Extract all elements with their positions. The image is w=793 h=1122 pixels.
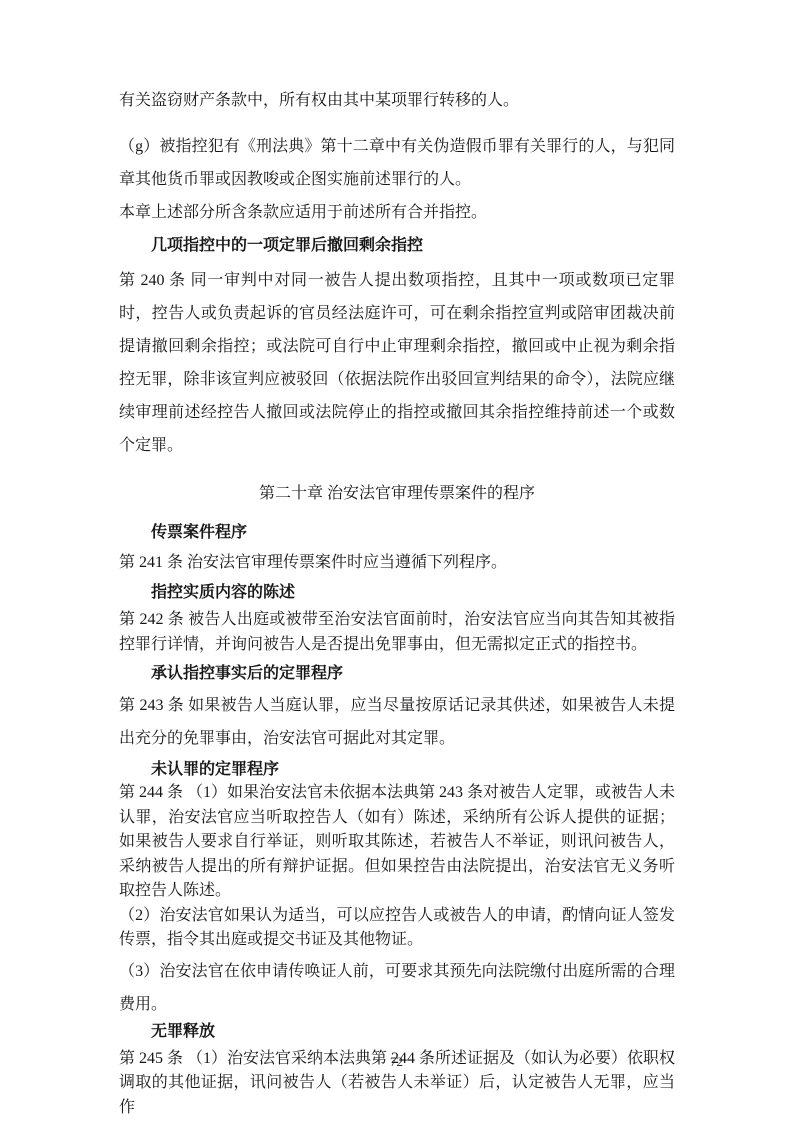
paragraph-section-244-2: （2）治安法官如果认为适当，可以应控告人或被告人的申请，酌情向证人签发传票，指令… [119, 904, 675, 953]
heading-acquittal: 无罪释放 [119, 1017, 675, 1047]
paragraph-item-g: （g）被指控犯有《刑法典》第十二章中有关伪造假币罪有关罪行的人，与犯同章其他货币… [119, 130, 675, 196]
paragraph-section-242: 第 242 条 被告人出庭或被带至治安法官面前时，治安法官应当向其告知其被指控罪… [119, 608, 675, 657]
document-content: 有关盗窃财产条款中，所有权由其中某项罪行转移的人。 （g）被指控犯有《刑法典》第… [119, 84, 675, 1120]
paragraph-theft-property: 有关盗窃财产条款中，所有权由其中某项罪行转移的人。 [119, 84, 675, 117]
heading-withdraw-remaining-charges: 几项指控中的一项定罪后撤回剩余指控 [119, 229, 675, 262]
paragraph-chapter-provisions: 本章上述部分所含条款应适用于前述所有合并指控。 [119, 196, 675, 229]
paragraph-section-244-3: （3）治安法官在依申请传唤证人前，可要求其预先向法院缴付出庭所需的合理费用。 [119, 955, 675, 1021]
chapter-title: 第二十章 治安法官审理传票案件的程序 [119, 477, 675, 511]
heading-substance-of-accusation: 指控实质内容的陈述 [119, 578, 675, 608]
heading-summons-case-procedure: 传票案件程序 [119, 518, 675, 548]
heading-conviction-on-admission: 承认指控事实后的定罪程序 [119, 659, 675, 689]
page-number: 72 [0, 1054, 793, 1070]
paragraph-section-243: 第 243 条 如果被告人当庭认罪，应当尽量按原话记录其供述，如果被告人未提出充… [119, 689, 675, 755]
paragraph-section-244-1: 第 244 条 （1）如果治安法官未依据本法典第 243 条对被告人定罪，或被告… [119, 781, 675, 904]
paragraph-section-240: 第 240 条 同一审判中对同一被告人提出数项指控，且其中一项或数项已定罪时，控… [119, 264, 675, 462]
paragraph-section-241: 第 241 条 治安法官审理传票案件时应当遵循下列程序。 [119, 548, 675, 578]
document-page: 有关盗窃财产条款中，所有权由其中某项罪行转移的人。 （g）被指控犯有《刑法典》第… [0, 0, 793, 1122]
